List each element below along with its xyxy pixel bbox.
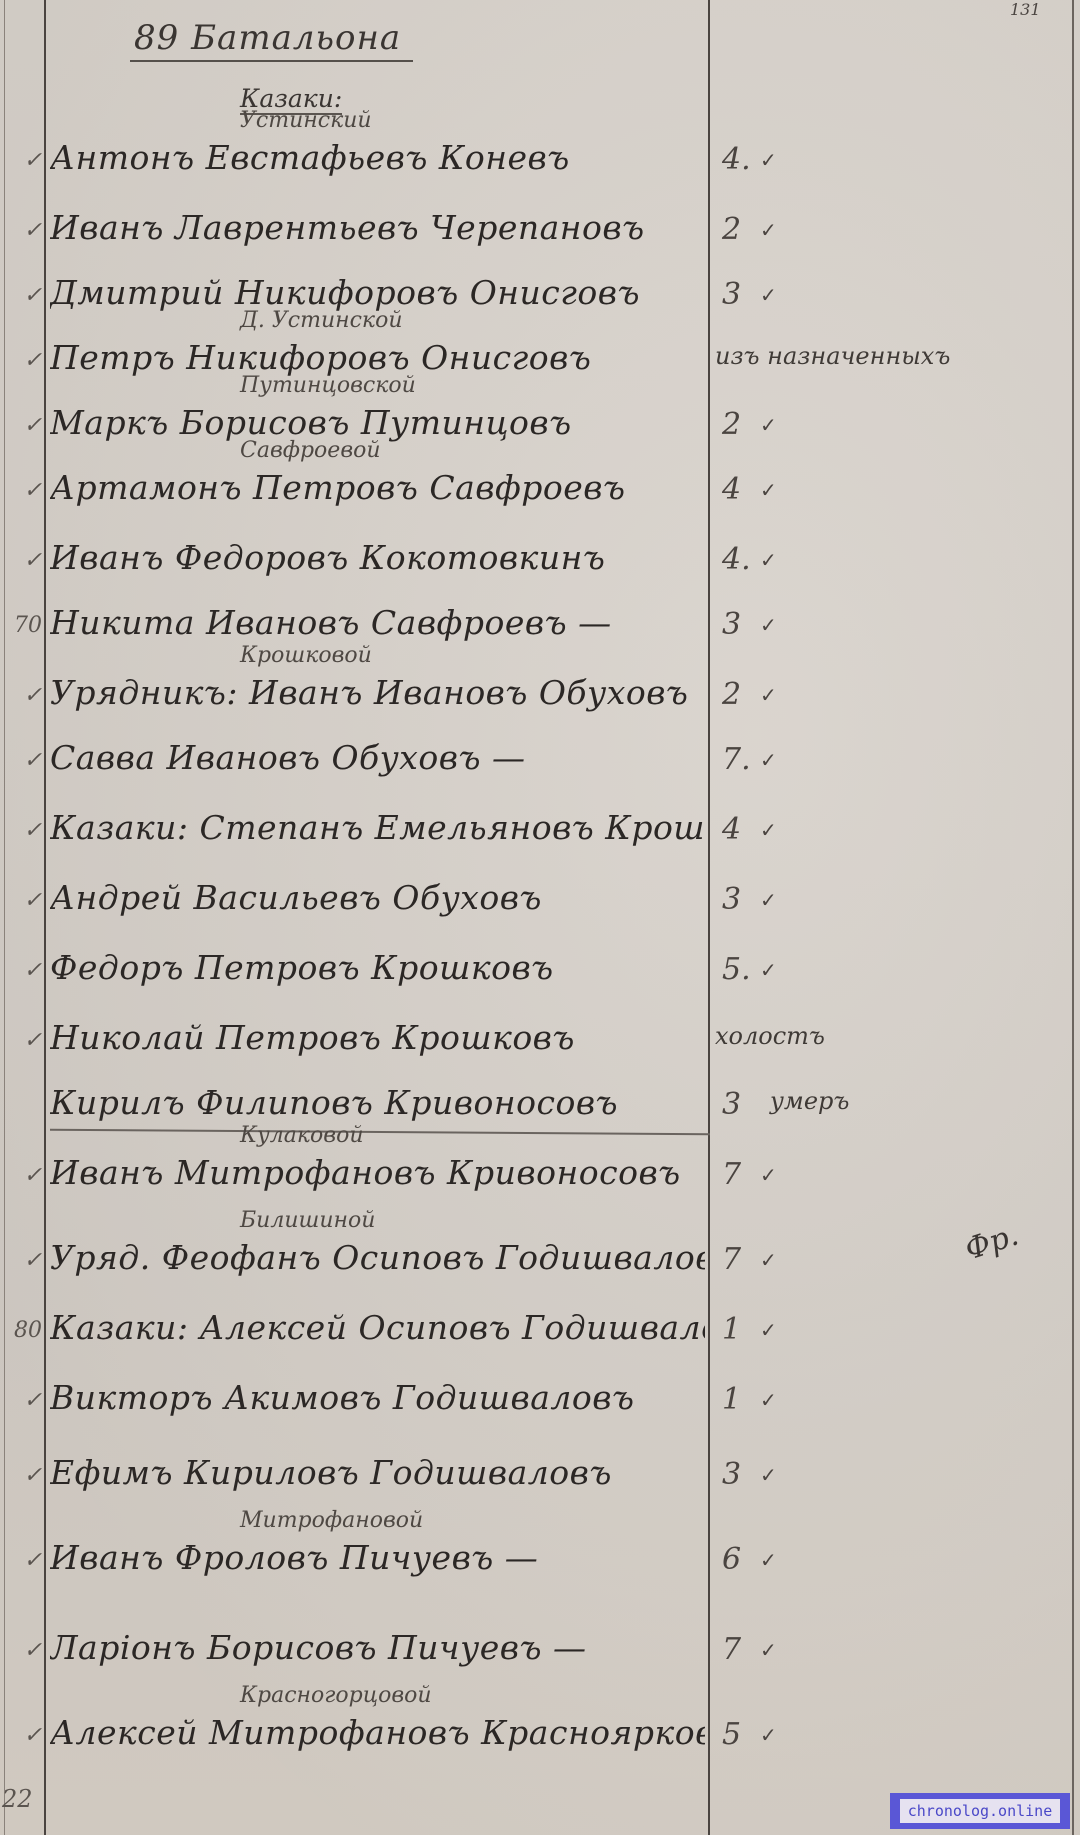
check-icon: ✓ bbox=[760, 818, 777, 842]
household-count: 2 bbox=[722, 212, 741, 247]
person-name: Иванъ Лаврентьевъ Черепановъ bbox=[50, 208, 705, 247]
margin-mark: ✓ bbox=[8, 1548, 42, 1573]
margin-mark: ✓ bbox=[8, 748, 42, 773]
person-name: Андрей Васильевъ Обуховъ bbox=[50, 878, 705, 917]
person-name: Ларіонъ Борисовъ Пичуевъ — bbox=[50, 1628, 705, 1667]
margin-mark: ✓ bbox=[8, 958, 42, 983]
footer-number: 22 bbox=[2, 1785, 33, 1813]
household-count: 2 bbox=[722, 407, 741, 442]
household-count: 3 bbox=[722, 607, 741, 642]
check-icon: ✓ bbox=[760, 1638, 777, 1662]
list-item: ✓КрасногорцовойАлексей Митрофановъ Красн… bbox=[0, 1705, 1080, 1769]
annotation-above: Крошковой bbox=[240, 643, 372, 668]
check-icon: ✓ bbox=[760, 1548, 777, 1572]
margin-mark: ✓ bbox=[8, 548, 42, 573]
household-count: 7. bbox=[722, 742, 751, 777]
household-count: 6 bbox=[722, 1542, 741, 1577]
list-item: ✓Иванъ Лаврентьевъ Черепановъ2✓ bbox=[0, 200, 1080, 264]
margin-mark: ✓ bbox=[8, 1248, 42, 1273]
annotation-above: Путинцовской bbox=[240, 373, 416, 398]
list-item: ✓Савва Ивановъ Обуховъ —7.✓ bbox=[0, 730, 1080, 794]
household-count: 3 bbox=[722, 882, 741, 917]
person-name: Николай Петровъ Крошковъ bbox=[50, 1018, 705, 1057]
list-item: ✓Дмитрий Никифоровъ Онисговъ3✓ bbox=[0, 265, 1080, 329]
list-item: ✓Викторъ Акимовъ Годишваловъ1✓ bbox=[0, 1370, 1080, 1434]
check-icon: ✓ bbox=[760, 1163, 777, 1187]
list-item: ✓КрошковойУрядникъ: Иванъ Ивановъ Обухов… bbox=[0, 665, 1080, 729]
check-icon: ✓ bbox=[760, 1318, 777, 1342]
margin-mark: 80 bbox=[8, 1318, 42, 1343]
household-count: 4 bbox=[722, 472, 741, 507]
check-icon: ✓ bbox=[760, 1723, 777, 1747]
check-icon: ✓ bbox=[760, 148, 777, 172]
person-name: Алексей Митрофановъ Красноярковъ bbox=[50, 1713, 705, 1752]
person-name: Никита Ивановъ Савфроевъ — bbox=[50, 603, 705, 642]
person-name: Антонъ Евстафьевъ Коневъ bbox=[50, 138, 705, 177]
watermark-badge[interactable]: chronolog.online bbox=[890, 1793, 1070, 1829]
household-count: 4. bbox=[722, 542, 751, 577]
household-count: 5. bbox=[722, 952, 751, 987]
strikethrough-line bbox=[50, 1129, 710, 1136]
list-item: ✓МитрофановойИванъ Фроловъ Пичуевъ —6✓ bbox=[0, 1530, 1080, 1594]
check-icon: ✓ bbox=[760, 613, 777, 637]
person-name: Иванъ Митрофановъ Кривоносовъ bbox=[50, 1153, 705, 1192]
list-item: ✓Иванъ Федоровъ Кокотовкинъ4.✓ bbox=[0, 530, 1080, 594]
page-number: 131 bbox=[1010, 0, 1041, 19]
check-icon: ✓ bbox=[760, 888, 777, 912]
household-count: 3 bbox=[722, 277, 741, 312]
household-count: 4. bbox=[722, 142, 751, 177]
check-icon: ✓ bbox=[760, 283, 777, 307]
list-item: Кирилъ Филиповъ Кривоносовъ3умеръ bbox=[0, 1075, 1080, 1139]
margin-mark: ✓ bbox=[8, 413, 42, 438]
list-item: ✓Ларіонъ Борисовъ Пичуевъ —7✓ bbox=[0, 1620, 1080, 1684]
person-name: Иванъ Фроловъ Пичуевъ — bbox=[50, 1538, 705, 1577]
margin-mark: ✓ bbox=[8, 348, 42, 373]
check-icon: ✓ bbox=[760, 683, 777, 707]
page-title: 89 Батальона bbox=[130, 18, 413, 62]
margin-mark: ✓ bbox=[8, 888, 42, 913]
check-icon: ✓ bbox=[760, 218, 777, 242]
household-count: 7 bbox=[722, 1632, 741, 1667]
person-name: Урядникъ: Иванъ Ивановъ Обуховъ bbox=[50, 673, 705, 712]
margin-mark: ✓ bbox=[8, 1163, 42, 1188]
household-count: 1 bbox=[722, 1312, 741, 1347]
person-name: Ефимъ Кириловъ Годишваловъ bbox=[50, 1453, 705, 1492]
person-name: Дмитрий Никифоровъ Онисговъ bbox=[50, 273, 705, 312]
margin-mark: ✓ bbox=[8, 1028, 42, 1053]
person-name: Казаки: Алексей Осиповъ Годишваловъ bbox=[50, 1308, 705, 1347]
household-count: 1 bbox=[722, 1382, 741, 1417]
margin-mark: ✓ bbox=[8, 1388, 42, 1413]
list-item: ✓СавфроевойАртамонъ Петровъ Савфроевъ4✓ bbox=[0, 460, 1080, 524]
person-name: Уряд. Феофанъ Осиповъ Годишваловъ bbox=[50, 1238, 705, 1277]
margin-mark: ✓ bbox=[8, 148, 42, 173]
margin-mark: ✓ bbox=[8, 218, 42, 243]
list-item: ✓Д. УстинскойПетръ Никифоровъ Онисговъиз… bbox=[0, 330, 1080, 394]
person-name: Артамонъ Петровъ Савфроевъ bbox=[50, 468, 705, 507]
check-icon: ✓ bbox=[760, 958, 777, 982]
list-item: 80Казаки: Алексей Осиповъ Годишваловъ1✓ bbox=[0, 1300, 1080, 1364]
household-count: 7 bbox=[722, 1157, 741, 1192]
check-icon: ✓ bbox=[760, 748, 777, 772]
household-count: 3 bbox=[722, 1087, 741, 1122]
margin-mark: ✓ bbox=[8, 1723, 42, 1748]
check-icon: ✓ bbox=[760, 1463, 777, 1487]
annotation-above: Д. Устинской bbox=[240, 308, 403, 333]
household-count: 3 bbox=[722, 1457, 741, 1492]
household-count: 5 bbox=[722, 1717, 741, 1752]
margin-mark: ✓ bbox=[8, 683, 42, 708]
list-item: ✓Федоръ Петровъ Крошковъ5.✓ bbox=[0, 940, 1080, 1004]
list-item: ✓КулаковойИванъ Митрофановъ Кривоносовъ7… bbox=[0, 1145, 1080, 1209]
remark-note: умеръ bbox=[770, 1087, 849, 1115]
annotation-above: Митрофановой bbox=[240, 1508, 423, 1533]
margin-mark: ✓ bbox=[8, 1638, 42, 1663]
annotation-above: Билишиной bbox=[240, 1208, 375, 1233]
person-name: Савва Ивановъ Обуховъ — bbox=[50, 738, 705, 777]
annotation-above: Красногорцовой bbox=[240, 1683, 432, 1708]
margin-mark: ✓ bbox=[8, 478, 42, 503]
list-item: ✓УстинскийАнтонъ Евстафьевъ Коневъ4.✓ bbox=[0, 130, 1080, 194]
annotation-above: Устинский bbox=[240, 108, 372, 133]
person-name: Викторъ Акимовъ Годишваловъ bbox=[50, 1378, 705, 1417]
margin-mark: 70 bbox=[8, 613, 42, 638]
remark-note: изъ назначенныхъ bbox=[715, 342, 950, 370]
check-icon: ✓ bbox=[760, 1248, 777, 1272]
margin-mark: ✓ bbox=[8, 1463, 42, 1488]
list-item: ✓БилишинойУряд. Феофанъ Осиповъ Годишвал… bbox=[0, 1230, 1080, 1294]
person-name: Маркъ Борисовъ Путинцовъ bbox=[50, 403, 705, 442]
watermark-text[interactable]: chronolog.online bbox=[900, 1799, 1061, 1823]
list-item: 70Никита Ивановъ Савфроевъ —3✓ bbox=[0, 595, 1080, 659]
margin-mark: ✓ bbox=[8, 283, 42, 308]
list-item: ✓Андрей Васильевъ Обуховъ3✓ bbox=[0, 870, 1080, 934]
list-item: ✓Казаки: Степанъ Емельяновъ Крошковъ4✓ bbox=[0, 800, 1080, 864]
person-name: Петръ Никифоровъ Онисговъ bbox=[50, 338, 705, 377]
annotation-above: Савфроевой bbox=[240, 438, 381, 463]
check-icon: ✓ bbox=[760, 1388, 777, 1412]
remark-note: холостъ bbox=[715, 1022, 825, 1050]
check-icon: ✓ bbox=[760, 548, 777, 572]
check-icon: ✓ bbox=[760, 478, 777, 502]
person-name: Иванъ Федоровъ Кокотовкинъ bbox=[50, 538, 705, 577]
margin-mark: ✓ bbox=[8, 818, 42, 843]
check-icon: ✓ bbox=[760, 413, 777, 437]
person-name: Кирилъ Филиповъ Кривоносовъ bbox=[50, 1083, 705, 1122]
person-name: Федоръ Петровъ Крошковъ bbox=[50, 948, 705, 987]
household-count: 7 bbox=[722, 1242, 741, 1277]
household-count: 2 bbox=[722, 677, 741, 712]
list-item: ✓Ефимъ Кириловъ Годишваловъ3✓ bbox=[0, 1445, 1080, 1509]
list-item: ✓ПутинцовскойМаркъ Борисовъ Путинцовъ2✓ bbox=[0, 395, 1080, 459]
annotation-above: Кулаковой bbox=[240, 1123, 364, 1148]
person-name: Казаки: Степанъ Емельяновъ Крошковъ bbox=[50, 808, 705, 847]
list-item: ✓Николай Петровъ Крошковъхолостъ bbox=[0, 1010, 1080, 1074]
household-count: 4 bbox=[722, 812, 741, 847]
